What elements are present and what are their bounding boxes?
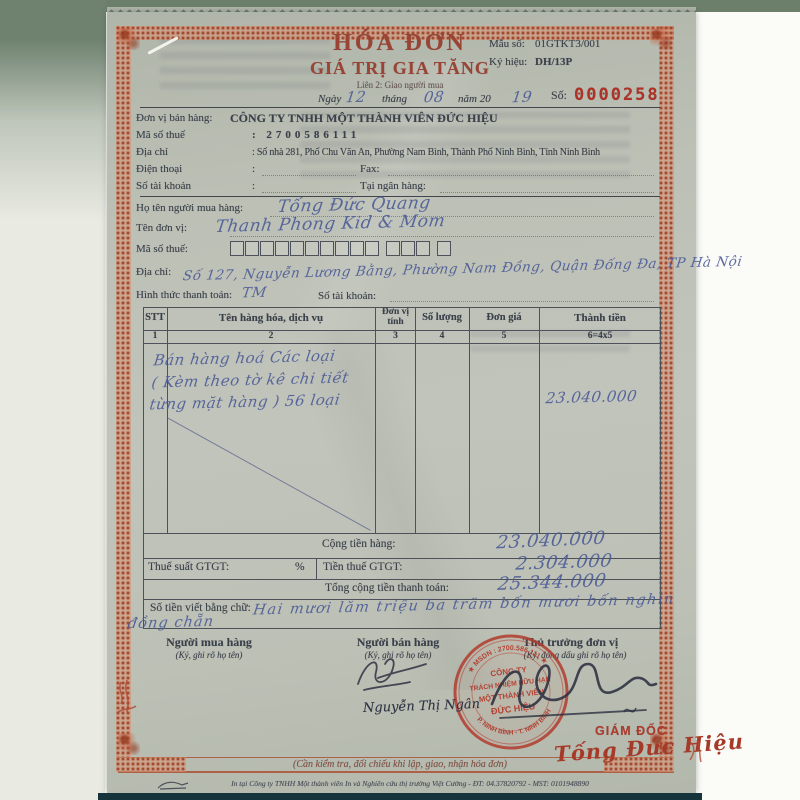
buyer-tax-boxes	[230, 241, 452, 261]
tax-code-box	[320, 241, 334, 256]
tax-code-box	[245, 241, 259, 256]
col-number: 3	[376, 331, 415, 341]
tax-code-box	[290, 241, 304, 256]
vat-rate-label: Thuế suất GTGT:	[148, 561, 229, 573]
blank-line	[262, 175, 356, 176]
copy-note: Liên 2: Giao người mua	[300, 80, 500, 90]
background-dark-strip	[98, 793, 702, 800]
tax-code-box	[350, 241, 364, 256]
col-number: 2	[167, 331, 375, 341]
table-line	[316, 558, 317, 579]
col-number: 6=4x5	[539, 331, 661, 341]
seller-tax-value: : 2700586111	[252, 129, 360, 141]
invoice-no-label: Số:	[551, 88, 567, 103]
seller-bank-label: Tại ngân hàng:	[360, 180, 426, 192]
col-header-so-luong: Số lượng	[415, 312, 469, 323]
seller-name-value: CÔNG TY TNHH MỘT THÀNH VIÊN ĐỨC HIỆU	[230, 111, 498, 126]
frame-corner-ornament	[650, 28, 672, 50]
frame-bottom-left-segment	[116, 757, 186, 772]
serial-value: DH/13P	[535, 56, 572, 68]
col-header-stt: STT	[143, 312, 167, 323]
table-line	[143, 343, 661, 344]
invoice-photo: HÓA ĐƠN GIÁ TRỊ GIA TĂNG Liên 2: Giao ng…	[0, 0, 800, 800]
col-number: 5	[469, 331, 539, 341]
director-signature-stroke	[478, 652, 670, 730]
col-header-thanh-tien: Thành tiền	[539, 312, 661, 324]
tax-code-box	[401, 241, 415, 256]
payment-method-handwritten: TM	[241, 285, 268, 302]
col-header-ten-hang: Tên hàng hóa, dịch vụ	[167, 312, 375, 324]
col-header-don-gia: Đơn giá	[469, 312, 539, 323]
invoice-no-value: 0000258	[574, 85, 660, 105]
tax-code-box	[437, 241, 451, 256]
vat-percent-sign: %	[295, 561, 305, 573]
blank-line	[262, 192, 356, 193]
seller-name-label: Đơn vị bán hàng:	[136, 112, 212, 124]
blank-line	[388, 175, 654, 176]
amount-in-words-label: Số tiền viết bằng chữ:	[150, 602, 251, 614]
tax-code-box	[365, 241, 379, 256]
vat-amount-label: Tiền thuế GTGT:	[323, 561, 403, 573]
check-note: (Cần kiểm tra, đối chiếu khi lập, giao, …	[220, 759, 580, 770]
form-no-label: Mẫu số:	[489, 38, 525, 50]
date-word-month: tháng	[382, 93, 407, 105]
seller-signature-stroke	[350, 652, 434, 698]
buyer-tax-label: Mã số thuế:	[136, 243, 188, 255]
date-word-year: năm 20	[458, 93, 491, 105]
seller-phone-label: Điện thoại	[136, 163, 182, 175]
blank-line	[440, 192, 654, 193]
red-pen-mark-left	[114, 678, 140, 718]
tax-code-box	[230, 241, 244, 256]
tax-code-box	[335, 241, 349, 256]
tax-code-box	[386, 241, 400, 256]
invoice-subtitle: GIÁ TRỊ GIA TĂNG	[290, 58, 510, 79]
subtotal-label: Cộng tiền hàng:	[322, 538, 395, 550]
tax-code-box	[305, 241, 319, 256]
seller-phone-colon: :	[252, 163, 255, 175]
frame-right-band	[659, 26, 674, 757]
buyer-signature-note: (Ký, ghi rõ họ tên)	[149, 650, 269, 660]
col-number: 1	[143, 331, 167, 341]
seller-tax-label: Mã số thuế	[136, 129, 185, 141]
frame-left-band	[116, 26, 131, 757]
seller-account-colon: :	[252, 180, 255, 192]
grand-total-label: Tổng cộng tiền thanh toán:	[325, 582, 449, 594]
frame-bottom-line-lower	[118, 771, 674, 773]
divider	[140, 107, 660, 108]
seller-signature-title: Người bán hàng	[338, 635, 458, 650]
date-year-handwritten: 19	[511, 88, 534, 107]
red-pen-mark-right	[686, 738, 704, 764]
buyer-account-label: Số tài khoản:	[318, 290, 376, 302]
seller-addr-value: : Số nhà 281, Phố Chu Văn An, Phường Nam…	[252, 147, 600, 158]
serial-label: Ký hiệu:	[489, 56, 527, 68]
frame-corner-ornament	[118, 28, 140, 50]
date-day-handwritten: 12	[345, 88, 368, 107]
payment-method-label: Hình thức thanh toán:	[136, 289, 232, 301]
print-info: In tại Công ty TNHH Một thành viên In và…	[180, 779, 640, 788]
date-month-handwritten: 08	[423, 88, 446, 107]
buyer-org-label: Tên đơn vị:	[136, 222, 187, 234]
tax-code-box	[275, 241, 289, 256]
buyer-name-label: Họ tên người mua hàng:	[136, 202, 243, 214]
item-amount-handwritten: 23.040.000	[545, 387, 639, 407]
blank-line	[230, 236, 654, 237]
col-header-don-vi-tinh: Đơn vị tính	[376, 308, 415, 328]
seller-addr-label: Địa chỉ	[136, 146, 168, 158]
col-number: 4	[415, 331, 469, 341]
background-shadow	[0, 0, 106, 220]
invoice-title: HÓA ĐƠN	[300, 30, 500, 57]
date-word-day: Ngày	[318, 93, 341, 105]
tax-code-box	[260, 241, 274, 256]
buyer-addr-label: Địa chỉ:	[136, 266, 171, 278]
form-no-value: 01GTKT3/001	[535, 38, 600, 50]
amount-in-words-handwritten-2: đồng chẵn	[127, 614, 215, 632]
blank-line	[390, 301, 654, 302]
seller-account-label: Số tài khoản	[136, 180, 191, 192]
grand-total-handwritten: 25.344.000	[496, 570, 607, 595]
frame-corner-ornament	[118, 733, 140, 755]
buyer-signature-title: Người mua hàng	[149, 635, 269, 650]
seller-fax-label: Fax:	[360, 163, 380, 175]
tax-code-box	[416, 241, 430, 256]
